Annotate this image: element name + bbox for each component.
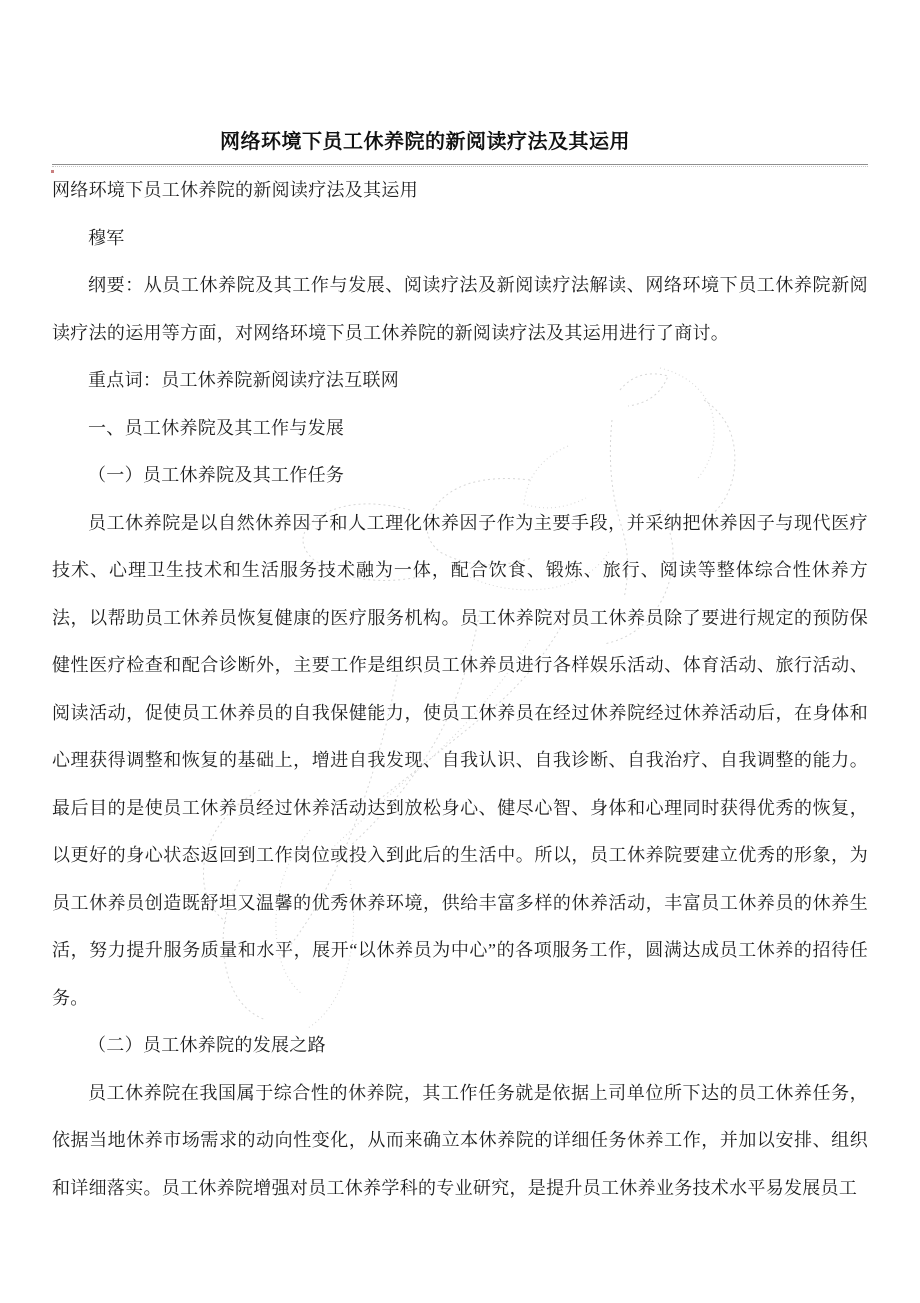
paragraph-subtitle: 网络环境下员工休养院的新阅读疗法及其运用 [52,167,868,215]
document-title: 网络环境下员工休养院的新阅读疗法及其运用 [52,128,868,156]
paragraph-keywords: 重点词：员工休养院新阅读疗法互联网 [52,357,868,405]
document-body: 网络环境下员工休养院的新阅读疗法及其运用 网络环境下员工休养院的新阅读疗法及其运… [0,0,920,1212]
heading-section-1-1: （一）员工休养院及其工作任务 [52,452,868,500]
paragraph-abstract: 纲要：从员工休养院及其工作与发展、阅读疗法及新阅读疗法解读、网络环境下员工休养院… [52,262,868,357]
paragraph-body-1: 员工休养院是以自然休养因子和人工理化休养因子作为主要手段，并采纳把休养因子与现代… [52,500,868,1023]
heading-section-1: 一、员工休养院及其工作与发展 [52,405,868,453]
heading-section-1-2: （二）员工休养院的发展之路 [52,1022,868,1070]
red-speck [51,170,54,173]
document-page: { "doc": { "title": "网络环境下员工休养院的新阅读疗法及其运… [0,0,920,1303]
paragraph-body-2: 员工休养院在我国属于综合性的休养院，其工作任务就是依据上司单位所下达的员工休养任… [52,1070,868,1213]
paragraph-author: 穆军 [52,215,868,263]
